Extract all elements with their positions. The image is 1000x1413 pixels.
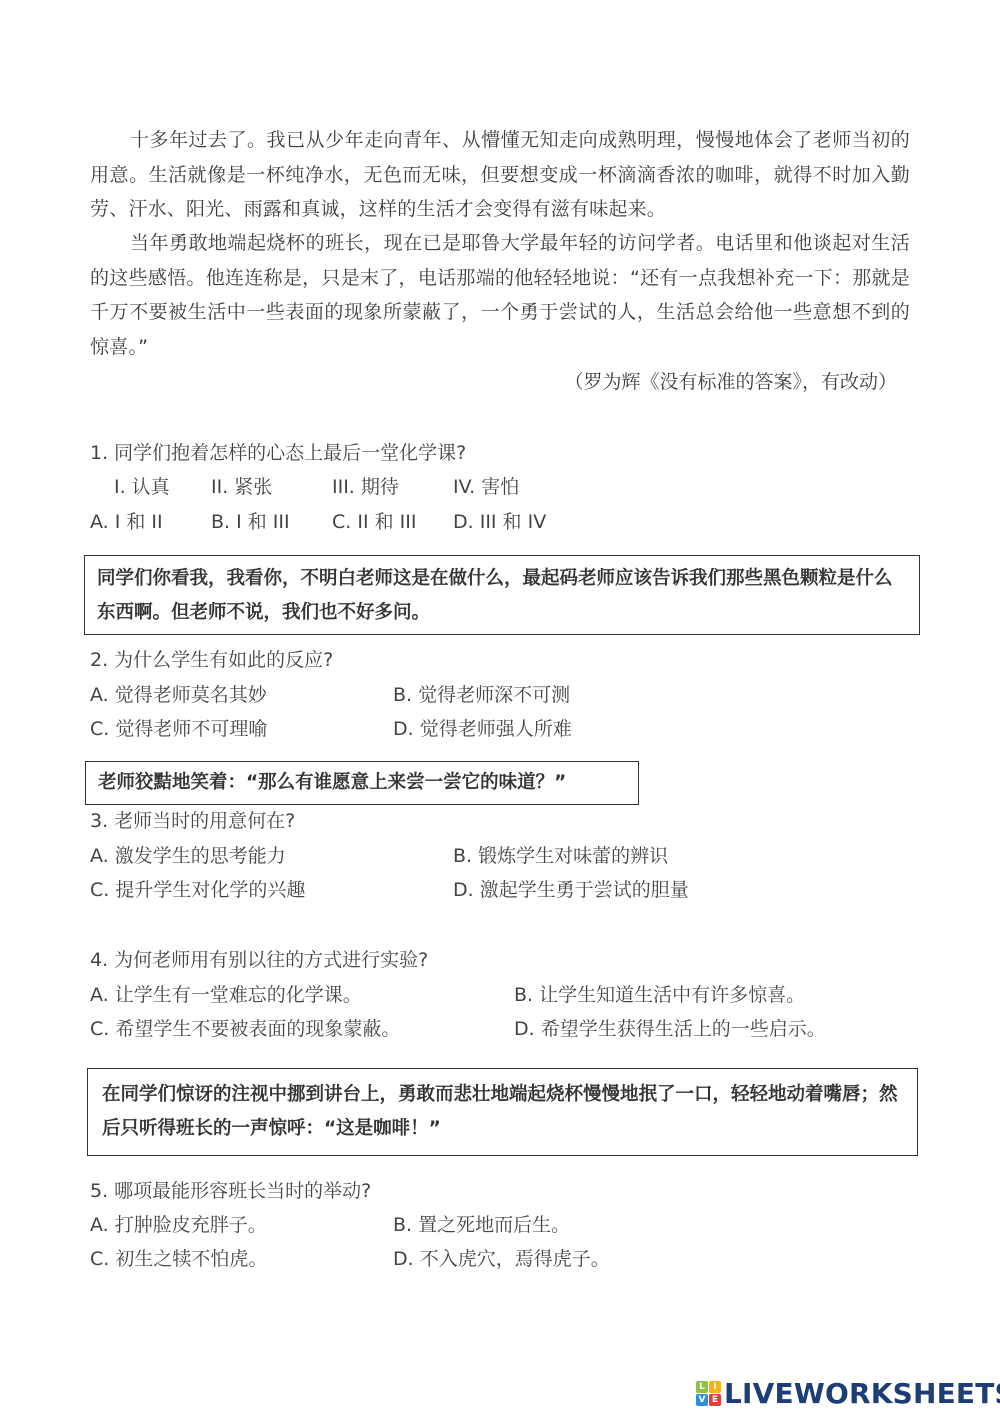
q4-option-b[interactable]: B. 让学生知道生活中有许多惊喜。 bbox=[514, 980, 805, 1007]
liveworksheets-logo: L I V E LIVEWORKSHEETS bbox=[696, 1378, 1000, 1408]
excerpt-box-5: 在同学们惊讶的注视中挪到讲台上，勇敢而悲壮地端起烧杯慢慢地抿了一口，轻轻地动着嘴… bbox=[87, 1068, 918, 1156]
passage-paragraph-1: 十多年过去了。我已从少年走向青年、从懵懂无知走向成熟明理，慢慢地体会了老师当初的… bbox=[90, 123, 910, 227]
q1-option-c[interactable]: C. II 和 III bbox=[332, 507, 416, 534]
excerpt-box-2: 同学们你看我，我看你，不明白老师这是在做什么，最起码老师应该告诉我们那些黑色颗粒… bbox=[84, 555, 920, 635]
q1-option-d[interactable]: D. III 和 IV bbox=[453, 507, 546, 534]
q1-statement-1: I. 认真 bbox=[114, 472, 170, 499]
passage-source: （罗为辉《没有标准的答案》，有改动） bbox=[564, 367, 897, 394]
q2-option-d[interactable]: D. 觉得老师强人所难 bbox=[393, 714, 572, 741]
q3-option-c[interactable]: C. 提升学生对化学的兴趣 bbox=[90, 875, 305, 902]
question-4-prompt: 4. 为何老师用有别以往的方式进行实验? bbox=[90, 945, 428, 972]
logo-tile-v: V bbox=[696, 1394, 708, 1406]
question-5-prompt: 5. 哪项最能形容班长当时的举动? bbox=[90, 1176, 371, 1203]
q5-option-c[interactable]: C. 初生之犊不怕虎。 bbox=[90, 1244, 267, 1271]
q1-option-b[interactable]: B. I 和 III bbox=[211, 507, 290, 534]
logo-tile-i: I bbox=[709, 1381, 721, 1393]
q4-option-c[interactable]: C. 希望学生不要被表面的现象蒙蔽。 bbox=[90, 1014, 400, 1041]
q1-statement-3: III. 期待 bbox=[332, 472, 399, 499]
q4-option-d[interactable]: D. 希望学生获得生活上的一些启示。 bbox=[514, 1014, 826, 1041]
question-1-prompt: 1. 同学们抱着怎样的心态上最后一堂化学课? bbox=[90, 438, 466, 465]
logo-text: LIVEWORKSHEETS bbox=[724, 1377, 1000, 1410]
question-2-prompt: 2. 为什么学生有如此的反应? bbox=[90, 645, 333, 672]
q2-option-a[interactable]: A. 觉得老师莫名其妙 bbox=[90, 680, 267, 707]
passage-paragraph-2: 当年勇敢地端起烧杯的班长，现在已是耶鲁大学最年轻的访问学者。电话里和他谈起对生活… bbox=[90, 226, 910, 364]
excerpt-box-3: 老师狡黠地笑着：“那么有谁愿意上来尝一尝它的味道？” bbox=[85, 761, 639, 805]
q3-option-a[interactable]: A. 激发学生的思考能力 bbox=[90, 841, 286, 868]
q1-option-a[interactable]: A. I 和 II bbox=[90, 507, 163, 534]
q5-option-d[interactable]: D. 不入虎穴，焉得虎子。 bbox=[393, 1244, 610, 1271]
q2-option-b[interactable]: B. 觉得老师深不可测 bbox=[393, 680, 570, 707]
q1-statement-4: IV. 害怕 bbox=[453, 472, 519, 499]
q3-option-b[interactable]: B. 锻炼学生对味蕾的辨识 bbox=[453, 841, 668, 868]
q5-option-b[interactable]: B. 置之死地而后生。 bbox=[393, 1210, 570, 1237]
q1-statement-2: II. 紧张 bbox=[211, 472, 272, 499]
q4-option-a[interactable]: A. 让学生有一堂难忘的化学课。 bbox=[90, 980, 362, 1007]
logo-tile-e: E bbox=[709, 1394, 721, 1406]
q3-option-d[interactable]: D. 激起学生勇于尝试的胆量 bbox=[453, 875, 689, 902]
logo-tile-l: L bbox=[696, 1381, 708, 1393]
question-3-prompt: 3. 老师当时的用意何在? bbox=[90, 806, 295, 833]
q5-option-a[interactable]: A. 打肿脸皮充胖子。 bbox=[90, 1210, 267, 1237]
live-tiles-icon: L I V E bbox=[696, 1381, 721, 1406]
q2-option-c[interactable]: C. 觉得老师不可理喻 bbox=[90, 714, 267, 741]
